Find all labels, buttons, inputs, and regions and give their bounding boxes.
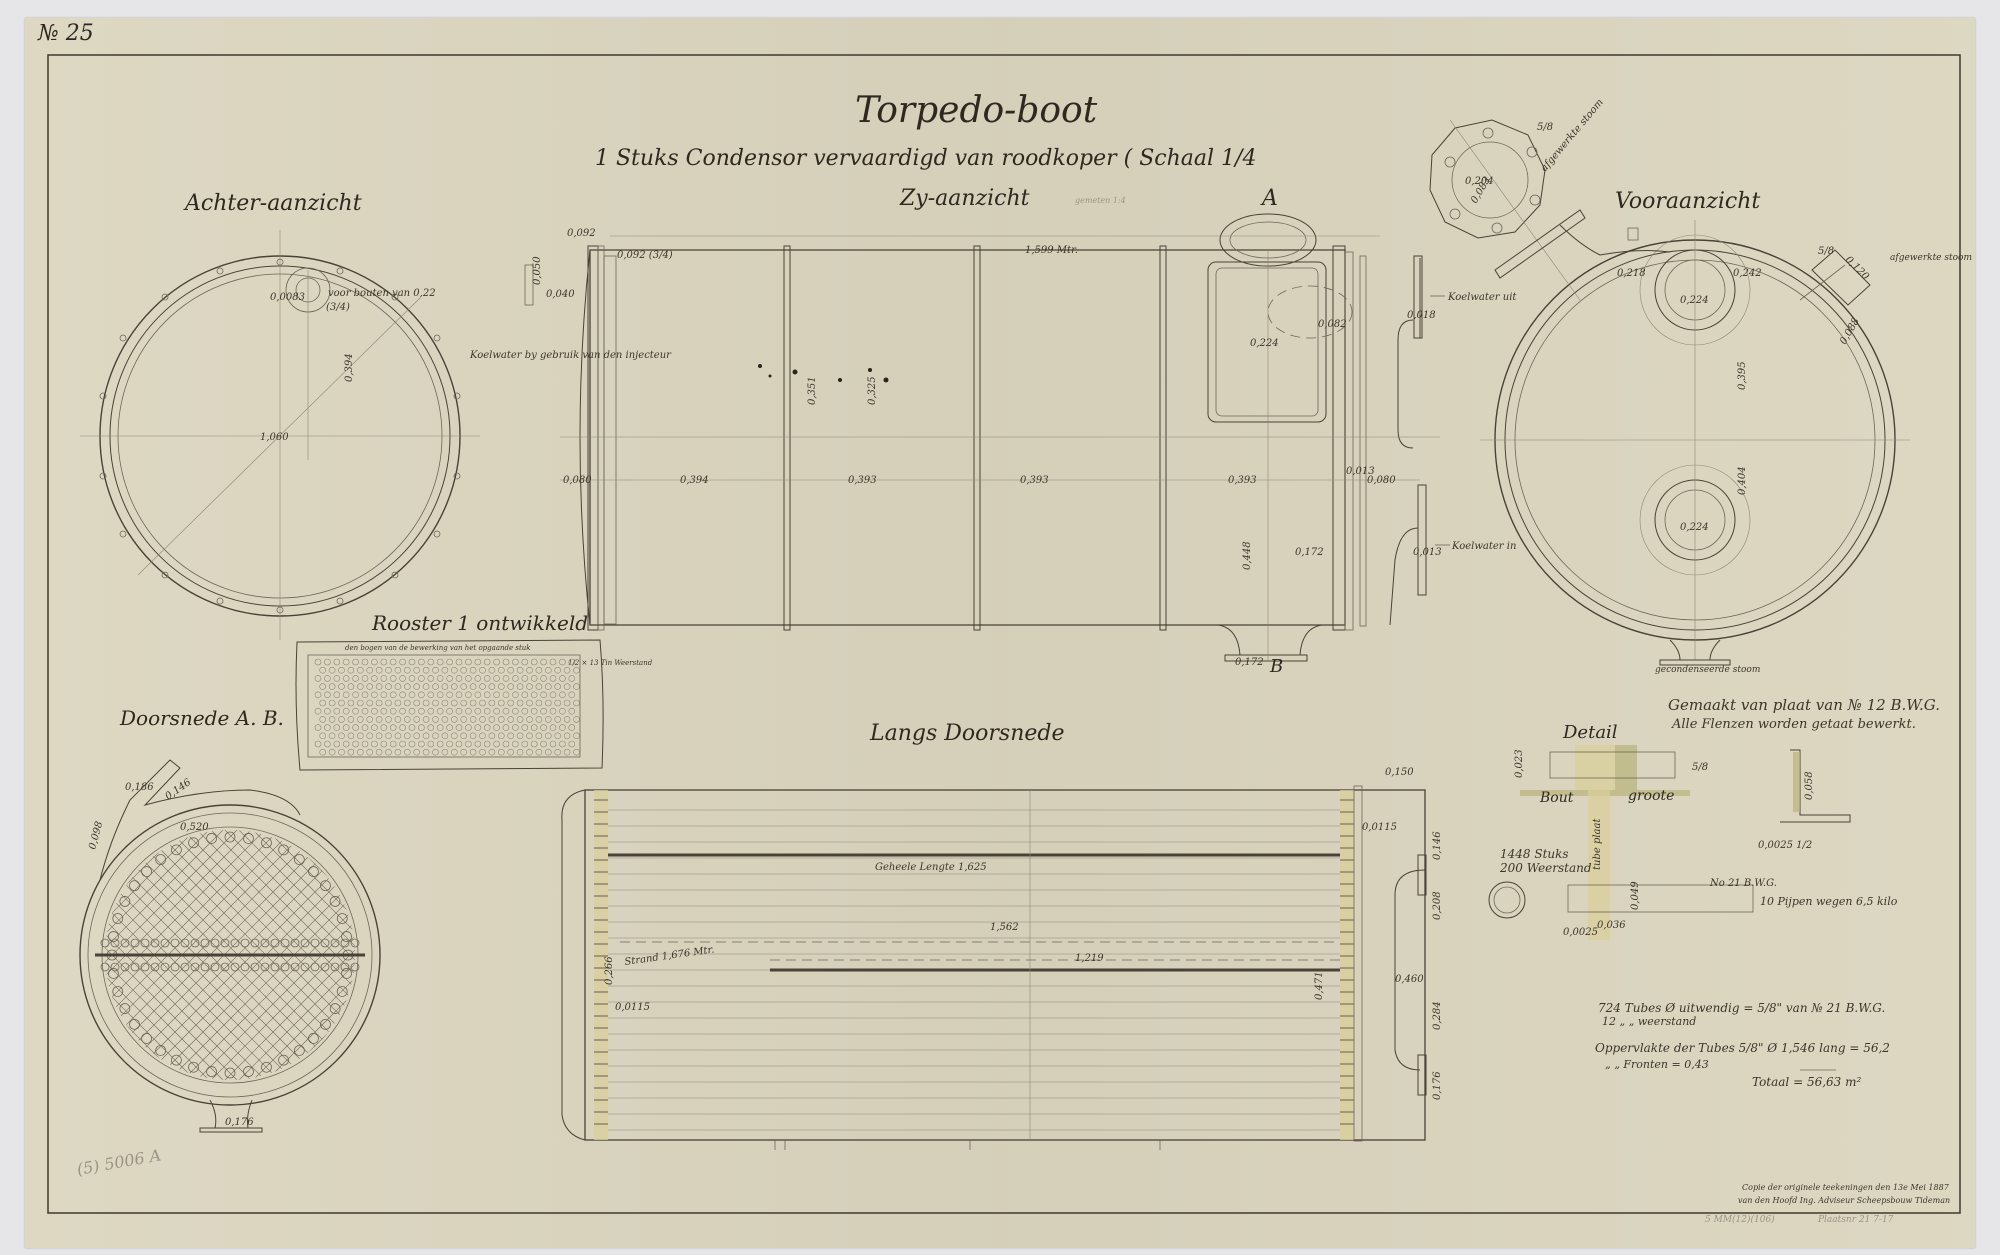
archive-stamp: Plaatsnr 21 7-17 (1817, 1215, 1894, 1225)
note-tubes-2: 12 „ „ weerstand (1602, 1015, 1696, 1028)
svg-text:10 Pijpen wegen 6,5 kilo: 10 Pijpen wegen 6,5 kilo (1760, 895, 1898, 908)
svg-text:0,080: 0,080 (563, 475, 592, 486)
section-ab-title: Doorsnede A. B. (119, 706, 284, 730)
side-view: Zy-aanzicht gemeten 1:4 A (469, 186, 1517, 677)
note-flanges: Alle Flenzen worden getaat bewerkt. (1671, 717, 1916, 732)
svg-text:0,395: 0,395 (1737, 361, 1748, 390)
svg-text:0,186: 0,186 (125, 782, 154, 793)
note-surface-2: „ „ Fronten = 0,43 (1605, 1058, 1709, 1071)
svg-text:0,176: 0,176 (1432, 1071, 1443, 1100)
svg-text:0,050: 0,050 (532, 256, 543, 285)
drawing-sheet: № 25 Torpedo-boot 1 Stuks Condensor verv… (25, 18, 1975, 1248)
svg-text:Geheele Lengte 1,625: Geheele Lengte 1,625 (875, 862, 987, 873)
svg-text:0,120: 0,120 (1843, 254, 1871, 282)
svg-text:No 21 B.W.G.: No 21 B.W.G. (1709, 878, 1777, 889)
svg-text:0,448: 0,448 (1242, 541, 1253, 570)
svg-text:0,208: 0,208 (1432, 891, 1443, 920)
svg-text:voor bouten van 0,22: voor bouten van 0,22 (328, 288, 436, 299)
svg-text:5/8: 5/8 (1818, 246, 1834, 257)
svg-text:200 Weerstand: 200 Weerstand (1499, 861, 1592, 875)
svg-text:0,351: 0,351 (807, 376, 818, 405)
note-surface-total: Totaal = 56,63 m² (1752, 1075, 1861, 1089)
svg-text:1,562: 1,562 (990, 922, 1019, 933)
svg-text:0,146: 0,146 (1432, 831, 1443, 860)
svg-text:0,172: 0,172 (1295, 547, 1324, 558)
label-aux-steam: afgewerkte stoom van Hulpvoeding en Vent… (1890, 253, 1975, 263)
svg-text:0,036: 0,036 (1597, 920, 1626, 931)
svg-text:0,0115: 0,0115 (615, 1002, 650, 1013)
svg-text:0,150: 0,150 (1385, 767, 1414, 778)
svg-text:0,023: 0,023 (1514, 749, 1525, 778)
svg-text:0,0083: 0,0083 (270, 292, 305, 303)
svg-text:0,471: 0,471 (1314, 971, 1325, 1000)
svg-text:0,172: 0,172 (1235, 657, 1264, 668)
note-plate: Gemaakt van plaat van № 12 B.W.G. (1668, 696, 1940, 714)
svg-text:0,088: 0,088 (1838, 316, 1862, 346)
svg-text:0,224: 0,224 (1680, 295, 1709, 306)
note-tubes-1: 724 Tubes Ø uitwendig = 5/8" van № 21 B.… (1598, 1001, 1885, 1015)
flange-detail: Detail Bout groote tube plaat 0,023 5/8 … (1489, 722, 1898, 940)
svg-text:0,0025: 0,0025 (1563, 927, 1598, 938)
technical-drawing: № 25 Torpedo-boot 1 Stuks Condensor verv… (25, 18, 1975, 1248)
sheet-number: № 25 (37, 21, 94, 46)
front-view: Vooraanzicht 0,204 0,083 5/8 0,224 0,224… (1430, 97, 1975, 675)
front-view-title: Vooraanzicht (1615, 189, 1760, 214)
svg-text:0,0115: 0,0115 (1362, 822, 1397, 833)
svg-text:0,224: 0,224 (1680, 522, 1709, 533)
copy-line-2: van den Hoofd Ing. Adviseur Scheepsbouw … (1738, 1196, 1950, 1205)
label-cooling-water-out: Koelwater uit (1447, 292, 1517, 303)
svg-text:0,013: 0,013 (1413, 547, 1442, 558)
svg-text:1448 Stuks: 1448 Stuks (1500, 847, 1569, 861)
svg-text:0,018: 0,018 (1407, 310, 1436, 321)
note-surface-1: Oppervlakte der Tubes 5/8" Ø 1,546 lang … (1595, 1041, 1890, 1055)
svg-text:0,058: 0,058 (1804, 771, 1815, 800)
specification-notes: Gemaakt van plaat van № 12 B.W.G. Alle F… (1595, 696, 1940, 1089)
tube-grid-developed: Rooster 1 ontwikkeld den bogen van de be… (296, 611, 653, 770)
svg-text:0,393: 0,393 (1228, 475, 1257, 486)
copy-line-1: Copie der originele teekeningen den 13e … (1742, 1183, 1950, 1192)
svg-text:0,092 (3/4): 0,092 (3/4) (617, 250, 673, 261)
svg-text:1/2 × 13 Tin Weerstand: 1/2 × 13 Tin Weerstand (568, 659, 653, 667)
svg-text:0,393: 0,393 (1020, 475, 1049, 486)
rear-view: Achter-aanzicht 1,060 0,394 0,0083 voor … (80, 191, 480, 640)
svg-text:groote: groote (1628, 788, 1674, 804)
svg-text:tube plaat: tube plaat (1592, 818, 1603, 870)
svg-text:0,092: 0,092 (567, 228, 596, 239)
svg-text:den bogen van de bewerking van: den bogen van de bewerking van het opgaa… (345, 644, 531, 652)
side-view-title: Zy-aanzicht (899, 186, 1030, 211)
label-cooling-water-in: Koelwater in (1451, 541, 1516, 552)
svg-text:0,013: 0,013 (1346, 466, 1375, 477)
svg-text:0,394: 0,394 (344, 353, 355, 382)
svg-text:0,393: 0,393 (848, 475, 877, 486)
detail-title: Detail (1562, 722, 1618, 743)
svg-text:0,404: 0,404 (1737, 466, 1748, 495)
subtitle: 1 Stuks Condensor vervaardigd van roodko… (595, 146, 1256, 171)
svg-text:1,060: 1,060 (260, 432, 289, 443)
section-mark-a: A (1260, 186, 1278, 211)
grid-title: Rooster 1 ontwikkeld (371, 611, 588, 635)
svg-text:gemeten 1:4: gemeten 1:4 (1075, 196, 1126, 205)
svg-text:0,0025 1/2: 0,0025 1/2 (1758, 840, 1812, 851)
longitudinal-title: Langs Doorsnede (869, 721, 1065, 746)
section-mark-b: B (1269, 656, 1283, 677)
longitudinal-section: Langs Doorsnede Geheele Lengte 1,625 1,5… (562, 721, 1443, 1150)
svg-text:0,218: 0,218 (1617, 268, 1646, 279)
svg-text:0,098: 0,098 (87, 820, 105, 851)
svg-text:0,266: 0,266 (604, 956, 615, 985)
svg-text:0,284: 0,284 (1432, 1001, 1443, 1030)
svg-text:1,599 Mtr.: 1,599 Mtr. (1025, 245, 1078, 256)
archive-left: 5 MM(12)(106) (1705, 1214, 1775, 1225)
svg-text:5/8: 5/8 (1692, 762, 1708, 773)
svg-text:Strand 1,676 Mtr.: Strand 1,676 Mtr. (624, 944, 715, 967)
svg-text:0,242: 0,242 (1733, 268, 1762, 279)
svg-text:0,520: 0,520 (180, 822, 209, 833)
svg-text:5/8: 5/8 (1537, 122, 1553, 133)
sheet-border (48, 55, 1960, 1213)
svg-text:0,049: 0,049 (1630, 881, 1641, 910)
corner-stamp: (5) 5006 A (75, 1145, 162, 1178)
svg-text:Bout: Bout (1539, 790, 1574, 806)
svg-text:afgewerkte stoom: afgewerkte stoom (1539, 97, 1606, 174)
svg-text:Koelwater by gebruik van den i: Koelwater by gebruik van den injecteur (469, 350, 672, 361)
svg-text:(3/4): (3/4) (326, 302, 350, 313)
svg-text:0,394: 0,394 (680, 475, 709, 486)
svg-text:gecondenseerde stoom: gecondenseerde stoom (1655, 665, 1760, 675)
svg-text:0,325: 0,325 (867, 376, 878, 405)
svg-text:1,219: 1,219 (1075, 953, 1104, 964)
rear-view-title: Achter-aanzicht (183, 191, 362, 216)
svg-text:0,082: 0,082 (1318, 319, 1347, 330)
svg-text:0,224: 0,224 (1250, 338, 1279, 349)
main-title: Torpedo-boot (855, 90, 1098, 131)
svg-text:0,040: 0,040 (546, 289, 575, 300)
svg-text:0,176: 0,176 (225, 1117, 254, 1128)
svg-text:0,460: 0,460 (1395, 974, 1424, 985)
